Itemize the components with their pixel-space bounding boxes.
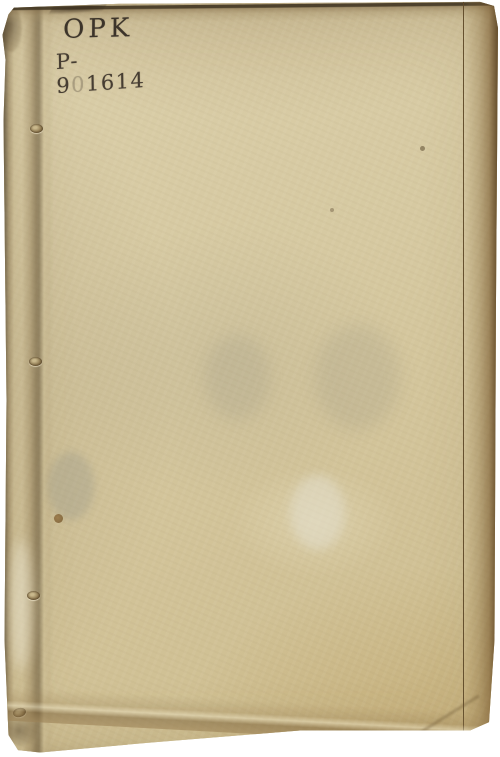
stain bbox=[205, 335, 270, 420]
spine-highlight bbox=[10, 540, 32, 670]
book-cover: OPK P-901614 bbox=[0, 0, 500, 757]
fore-edge bbox=[463, 0, 500, 743]
stain bbox=[290, 475, 345, 550]
stain bbox=[48, 452, 94, 520]
shelfmark-line1: OPK bbox=[63, 13, 133, 45]
lacing-stud bbox=[29, 357, 42, 366]
lacing-stud bbox=[27, 591, 40, 600]
shelfmark-line2: P-901614 bbox=[56, 44, 146, 98]
photo-frame: OPK P-901614 bbox=[0, 0, 500, 757]
shelfmark-line2-faded-digit: 0 bbox=[71, 72, 86, 97]
stain bbox=[315, 325, 400, 430]
stain bbox=[54, 514, 63, 523]
lacing-stud bbox=[30, 124, 43, 133]
stain bbox=[420, 146, 425, 151]
stain bbox=[330, 208, 334, 212]
shelfmark-line2-suffix: 1614 bbox=[86, 68, 146, 96]
